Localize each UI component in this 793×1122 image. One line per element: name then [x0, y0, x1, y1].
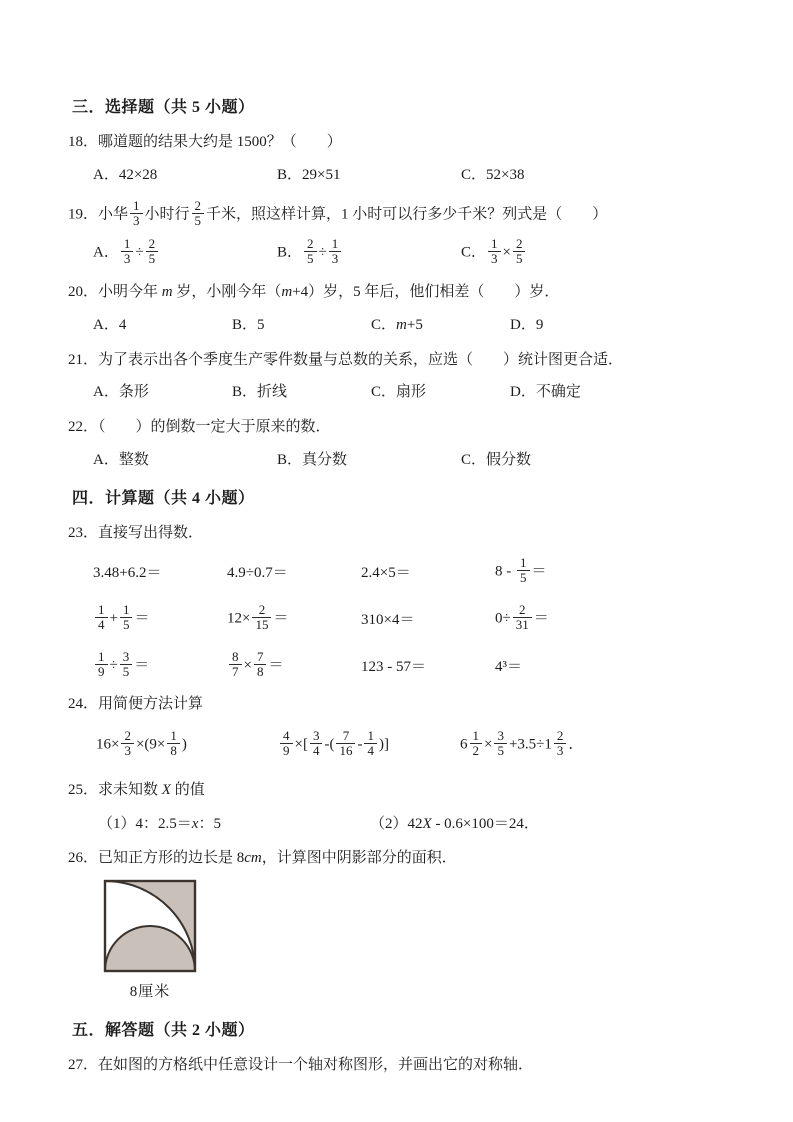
section-heading-multiple-choice: 三．选择题（共 5 小题） — [72, 94, 735, 117]
question-20-options: A．4 B．5 C．m+5 D．9 — [93, 315, 735, 336]
question-24-text: 24．用简便方法计算 — [68, 694, 735, 716]
question-23-row-1: 3.48+6.2＝ 4.9÷0.7＝ 2.4×5＝ 8 - 15＝ — [93, 553, 735, 591]
question-24-expressions: 16×23×(9×18) 49×[34-(716-14)] 612×35+3.5… — [96, 724, 735, 766]
question-22: 22．（ ）的倒数一定大于原来的数． A．整数 B．真分数 C．假分数 — [68, 417, 735, 471]
question-18-option-a: A．42×28 — [93, 165, 277, 186]
question-21: 21．为了表示出各个季度生产零件数量与总数的关系，应选（ ）统计图更合适． A．… — [68, 350, 735, 404]
expression: 612×35+3.5÷123． — [460, 730, 583, 760]
question-19: 19．小华13小时行25千米，照这样计算，1 小时可以行多少千米？列式是（ ） … — [68, 200, 735, 268]
section-heading-answer: 五．解答题（共 2 小题） — [72, 1017, 735, 1040]
question-19-text: 19．小华13小时行25千米，照这样计算，1 小时可以行多少千米？列式是（ ） — [68, 200, 735, 230]
question-22-option-c: C．假分数 — [461, 450, 531, 471]
question-20-option-c: C．m+5 — [371, 315, 510, 336]
calc-item: 4³＝ — [495, 655, 629, 676]
question-25: 25．求未知数 X 的值 （1）4：2.5＝x：5 （2）42X - 0.6×1… — [68, 780, 735, 834]
question-26-text: 26．已知正方形的边长是 8cm，计算图中阴影部分的面积． — [68, 848, 735, 870]
calc-item: 12×215＝ — [227, 604, 361, 634]
question-22-options: A．整数 B．真分数 C．假分数 — [93, 450, 735, 471]
question-21-option-d: D．不确定 — [510, 382, 581, 403]
calc-item: 19÷35＝ — [93, 651, 227, 681]
question-18-option-b: B．29×51 — [277, 165, 461, 186]
sub-question-2: （2）42X - 0.6×100＝24． — [370, 812, 539, 833]
calc-item: 0÷231＝ — [495, 604, 629, 634]
question-18-option-c: C．52×38 — [461, 165, 524, 186]
question-23-row-2: 14+15＝ 12×215＝ 310×4＝ 0÷231＝ — [93, 600, 735, 638]
question-26-figure: 8厘米 — [98, 878, 202, 1001]
figure-side-label: 8厘米 — [98, 980, 202, 1001]
exam-page: 三．选择题（共 5 小题） 18．哪道题的结果大约是 1500？（ ） A．42… — [0, 0, 793, 1122]
question-21-option-b: B．折线 — [232, 382, 371, 403]
question-27: 27．在如图的方格纸中任意设计一个轴对称图形，并画出它的对称轴． — [68, 1055, 735, 1077]
calc-item: 123 - 57＝ — [361, 655, 495, 676]
section-heading-calculation: 四．计算题（共 4 小题） — [72, 485, 735, 508]
question-23: 23．直接写出得数． 3.48+6.2＝ 4.9÷0.7＝ 2.4×5＝ 8 -… — [68, 523, 735, 685]
question-21-options: A．条形 B．折线 C．扇形 D．不确定 — [93, 382, 735, 403]
question-21-text: 21．为了表示出各个季度生产零件数量与总数的关系，应选（ ）统计图更合适． — [68, 350, 735, 372]
calc-item: 14+15＝ — [93, 604, 227, 634]
question-19-options: A．13÷25 B．25÷13 C．13×25 — [93, 238, 735, 268]
question-22-option-a: A．整数 — [93, 450, 277, 471]
question-21-option-a: A．条形 — [93, 382, 232, 403]
question-18: 18．哪道题的结果大约是 1500？（ ） A．42×28 B．29×51 C．… — [68, 132, 735, 186]
calc-item: 310×4＝ — [361, 608, 495, 629]
question-18-text: 18．哪道题的结果大约是 1500？（ ） — [68, 132, 735, 154]
question-19-option-b: B．25÷13 — [277, 238, 461, 268]
calc-item: 2.4×5＝ — [361, 561, 495, 582]
expression: 49×[34-(716-14)] — [278, 730, 460, 760]
question-19-option-c: C．13×25 — [461, 238, 527, 268]
question-23-row-3: 19÷35＝ 87×78＝ 123 - 57＝ 4³＝ — [93, 647, 735, 685]
calc-item: 3.48+6.2＝ — [93, 561, 227, 582]
question-21-option-c: C．扇形 — [371, 382, 510, 403]
question-26: 26．已知正方形的边长是 8cm，计算图中阴影部分的面积． 8厘米 — [68, 848, 735, 1001]
expression: 16×23×(9×18) — [96, 730, 278, 760]
question-20-text: 20．小明今年 m 岁，小刚今年（m+4）岁，5 年后，他们相差（ ）岁． — [68, 282, 735, 304]
calc-item: 8 - 15＝ — [495, 557, 629, 587]
question-24: 24．用简便方法计算 16×23×(9×18) 49×[34-(716-14)]… — [68, 694, 735, 766]
question-27-text: 27．在如图的方格纸中任意设计一个轴对称图形，并画出它的对称轴． — [68, 1055, 735, 1077]
calc-item: 87×78＝ — [227, 651, 361, 681]
question-19-option-a: A．13÷25 — [93, 238, 277, 268]
question-22-option-b: B．真分数 — [277, 450, 461, 471]
shaded-square-figure — [100, 878, 200, 974]
question-20: 20．小明今年 m 岁，小刚今年（m+4）岁，5 年后，他们相差（ ）岁． A．… — [68, 282, 735, 336]
question-25-parts: （1）4：2.5＝x：5 （2）42X - 0.6×100＝24． — [98, 812, 735, 833]
question-23-text: 23．直接写出得数． — [68, 523, 735, 545]
question-25-text: 25．求未知数 X 的值 — [68, 780, 735, 802]
question-22-text: 22．（ ）的倒数一定大于原来的数． — [68, 417, 735, 439]
sub-question-1: （1）4：2.5＝x：5 — [98, 812, 370, 833]
calc-item: 4.9÷0.7＝ — [227, 561, 361, 582]
question-20-option-d: D．9 — [510, 315, 543, 336]
question-20-option-a: A．4 — [93, 315, 232, 336]
question-20-option-b: B．5 — [232, 315, 371, 336]
question-18-options: A．42×28 B．29×51 C．52×38 — [93, 165, 735, 186]
